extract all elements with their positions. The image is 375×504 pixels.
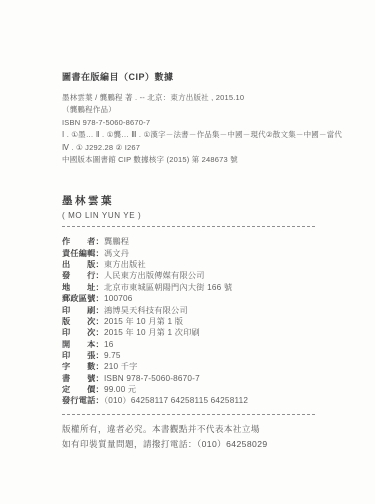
row-label: 發行電話：: [62, 396, 104, 405]
book-title-pinyin: ( MO LIN YUN YE ): [62, 211, 347, 220]
row-label: 地 址：: [62, 283, 104, 292]
colophon-row-publisher: 出 版：東方出版社: [62, 259, 347, 270]
row-value: 2015 年 10 月第 1 版: [104, 317, 183, 326]
cip-line: Ⅰ . ①墨… Ⅱ . ①龔… Ⅲ . ①漢字－法書－作品集－中國－現代②散文集…: [62, 129, 347, 141]
row-value: 東方出版社: [104, 260, 146, 269]
cip-line: ISBN 978-7-5060-8670-7: [62, 117, 347, 129]
row-value: 2015 年 10 月第 1 次印刷: [104, 328, 200, 337]
colophon-row-edition: 版 次：2015 年 10 月第 1 版: [62, 316, 347, 327]
row-label: 發 行：: [62, 271, 104, 280]
footer-line: 版權所有，違者必究。本書觀點并不代表本社立場: [62, 422, 347, 438]
row-value: 16: [104, 340, 114, 349]
row-value: 鴻博昊天科技有限公司: [104, 306, 188, 315]
dashed-separator: [62, 226, 315, 227]
colophon-row-editor: 責任編輯：馮文丹: [62, 248, 347, 259]
colophon-row-price: 定 價：99.00 元: [62, 384, 347, 395]
row-label: 印 刷：: [62, 306, 104, 315]
row-value: 210 千字: [104, 362, 138, 371]
row-value: 99.00 元: [104, 385, 136, 394]
row-label: 責任編輯：: [62, 249, 104, 258]
row-value: 100706: [104, 294, 133, 303]
row-label: 印 張：: [62, 351, 104, 360]
row-value: ISBN 978-7-5060-8670-7: [104, 374, 200, 383]
footer-notice: 版權所有，違者必究。本書觀點并不代表本社立場 如有印裝質量問題，請撥打電話：（0…: [62, 422, 347, 453]
colophon-row-wordcount: 字 數：210 千字: [62, 361, 347, 372]
colophon-row-address: 地 址：北京市東城區朝陽門內大街 166 號: [62, 282, 347, 293]
cip-line: （龔鵬程作品）: [62, 104, 347, 116]
colophon-row-sheets: 印 張：9.75: [62, 350, 347, 361]
dashed-separator: [62, 414, 315, 415]
cip-line: Ⅳ . ① J292.28 ② I267: [62, 142, 347, 154]
row-label: 郵政區號：: [62, 294, 104, 303]
row-label: 印 次：: [62, 328, 104, 337]
row-value: 人民東方出版傳媒有限公司: [104, 271, 205, 280]
cip-block: 墨林雲葉 / 龔鵬程 著 . -- 北京：東方出版社 , 2015.10 （龔鵬…: [62, 92, 347, 166]
colophon-row-author: 作 者：龔鵬程: [62, 236, 347, 247]
cip-header: 圖書在版編目（CIP）數據: [62, 70, 347, 83]
row-value: 北京市東城區朝陽門內大街 166 號: [104, 283, 232, 292]
row-label: 作 者：: [62, 237, 104, 246]
title-block: 墨林雲葉 ( MO LIN YUN YE ): [62, 193, 347, 227]
footer-line: 如有印裝質量問題，請撥打電話：（010）64258029: [62, 437, 347, 453]
colophon-row-isbn: 書 號：ISBN 978-7-5060-8670-7: [62, 373, 347, 384]
row-label: 定 價：: [62, 385, 104, 394]
row-value: 9.75: [104, 351, 121, 360]
row-label: 版 次：: [62, 317, 104, 326]
row-value: 馮文丹: [104, 249, 129, 258]
colophon-row-format: 開 本：16: [62, 339, 347, 350]
book-copyright-page: 圖書在版編目（CIP）數據 墨林雲葉 / 龔鵬程 著 . -- 北京：東方出版社…: [0, 0, 375, 504]
cip-line: 墨林雲葉 / 龔鵬程 著 . -- 北京：東方出版社 , 2015.10: [62, 92, 347, 104]
row-label: 書 號：: [62, 374, 104, 383]
row-label: 出 版：: [62, 260, 104, 269]
book-title: 墨林雲葉: [62, 193, 347, 208]
colophon-row-postcode: 郵政區號：100706: [62, 293, 347, 304]
colophon-row-impression: 印 次：2015 年 10 月第 1 次印刷: [62, 327, 347, 338]
colophon-row-distributor: 發 行：人民東方出版傳媒有限公司: [62, 270, 347, 281]
colophon-rows: 作 者：龔鵬程 責任編輯：馮文丹 出 版：東方出版社 發 行：人民東方出版傳媒有…: [62, 236, 347, 406]
cip-line: 中國版本圖書館 CIP 數據核字 (2015) 第 248673 號: [62, 154, 347, 166]
colophon-row-printer: 印 刷：鴻博昊天科技有限公司: [62, 305, 347, 316]
row-value: 龔鵬程: [104, 237, 129, 246]
page-content: 圖書在版編目（CIP）數據 墨林雲葉 / 龔鵬程 著 . -- 北京：東方出版社…: [62, 70, 347, 453]
row-label: 字 數：: [62, 362, 104, 371]
row-label: 開 本：: [62, 340, 104, 349]
row-value: （010）64258117 64258115 64258112: [104, 396, 248, 405]
colophon-row-sales-phone: 發行電話：（010）64258117 64258115 64258112: [62, 395, 347, 406]
